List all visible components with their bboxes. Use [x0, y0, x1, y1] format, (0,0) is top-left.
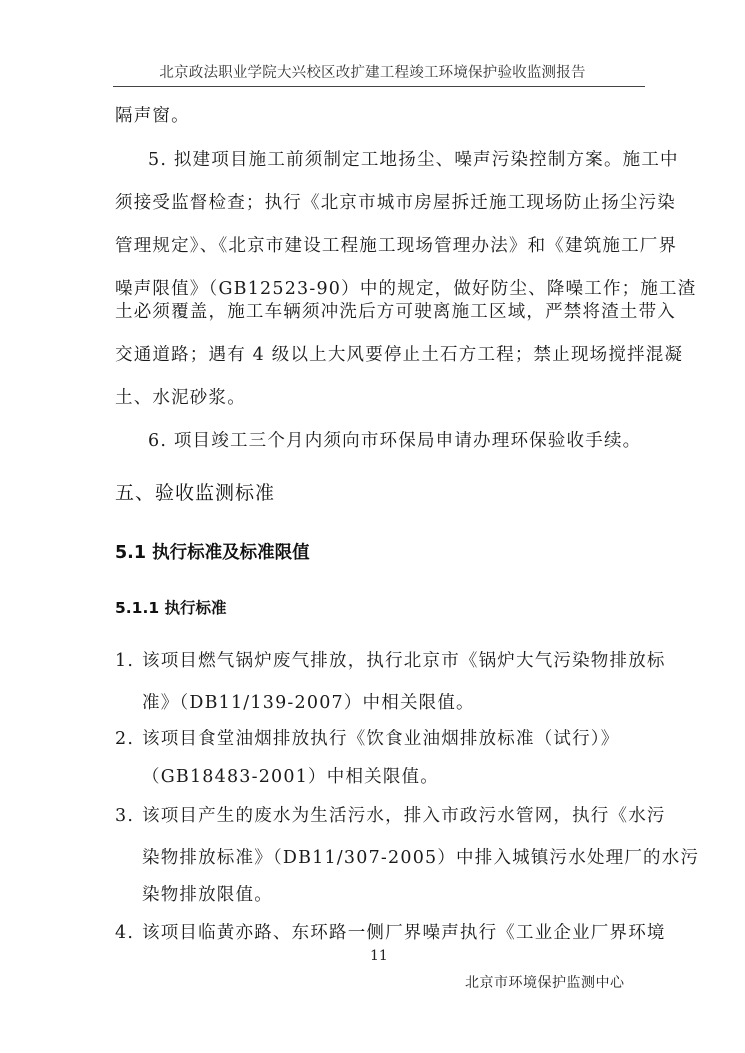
- header-divider: [113, 86, 645, 87]
- list-number: 3.: [115, 805, 134, 827]
- list-item-line: 该项目燃气锅炉废气排放，执行北京市《锅炉大气污染物排放标: [142, 650, 666, 672]
- page-number: 11: [370, 948, 388, 964]
- paragraph-line: 须接受监督检查；执行《北京市城市房屋拆迁施工现场防止扬尘污染: [115, 192, 676, 214]
- requirement-item-6: 6. 项目竣工三个月内须向市环保局申请办理环保验收手续。: [148, 430, 641, 452]
- list-number: 2.: [115, 728, 134, 750]
- list-item-line: 染物排放标准》（DB11/307-2005）中排入城镇污水处理厂的水污: [142, 847, 699, 869]
- list-number: 4.: [115, 922, 134, 944]
- subsection-heading: 5.1 执行标准及标准限值: [115, 539, 310, 564]
- list-item-line: 该项目食堂油烟排放执行《饮食业油烟排放标准（试行）》: [142, 728, 619, 750]
- section-heading: 五、验收监测标准: [115, 478, 275, 505]
- paragraph-line: 土、水泥砂浆。: [115, 387, 246, 409]
- paragraph-line: 5. 拟建项目施工前须制定工地扬尘、噪声污染控制方案。施工中: [148, 149, 679, 171]
- list-item-line: 染物排放限值。: [142, 884, 273, 906]
- list-item-line: 该项目临黄亦路、东环路一侧厂界噪声执行《工业企业厂界环境: [142, 922, 666, 944]
- paragraph-line: 交通道路；遇有 4 级以上大风要停止土石方工程；禁止现场搅拌混凝: [115, 344, 683, 366]
- paragraph-line: 噪声限值》（GB12523-90）中的规定，做好防尘、降噪工作；施工渣: [115, 278, 696, 300]
- list-number: 1.: [115, 650, 134, 672]
- paragraph-line: 管理规定》、《北京市建设工程施工现场管理办法》和《建筑施工厂界: [115, 235, 677, 257]
- list-item-line: 准》（DB11/139-2007）中相关限值。: [142, 692, 475, 714]
- list-item-line: （GB18483-2001）中相关限值。: [142, 766, 439, 788]
- continuation-text: 隔声窗。: [115, 105, 190, 127]
- running-header-title: 北京政法职业学院大兴校区改扩建工程竣工环境保护验收监测报告: [0, 61, 745, 82]
- list-item-line: 该项目产生的废水为生活污水，排入市政污水管网，执行《水污: [142, 805, 666, 827]
- footer-organization: 北京市环境保护监测中心: [465, 972, 625, 992]
- paragraph-line: 土必须覆盖，施工车辆须冲洗后方可驶离施工区域，严禁将渣土带入: [115, 301, 676, 323]
- subsubsection-heading: 5.1.1 执行标准: [115, 596, 227, 618]
